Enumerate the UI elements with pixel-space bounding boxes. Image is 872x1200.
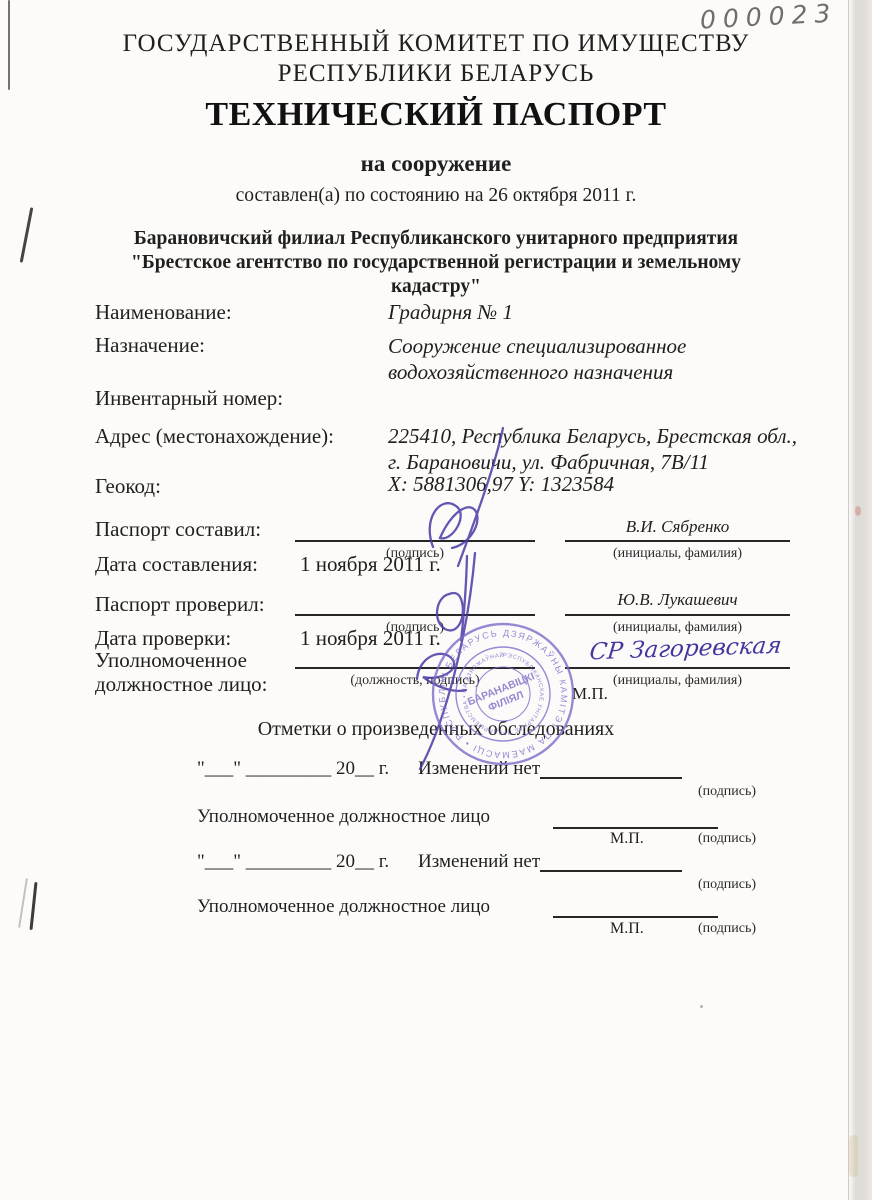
seal-placeholder-mp: М.П. xyxy=(610,830,644,848)
signature-caption: (подпись) xyxy=(672,877,782,893)
inspections-heading: Отметки о произведенных обследованиях xyxy=(0,718,872,741)
geocode-label: Геокод: xyxy=(95,474,161,499)
scan-smudge-pink xyxy=(855,506,861,516)
signature-caption: (подпись) xyxy=(672,921,782,937)
document-subtitle: на сооружение xyxy=(0,151,872,177)
scan-speck xyxy=(700,1005,703,1008)
signature-caption: (подпись) xyxy=(672,784,782,800)
signature-caption: (подпись) xyxy=(672,831,782,847)
inspection-official-line xyxy=(553,916,718,918)
scan-left-edge-line xyxy=(8,0,10,90)
compiled-by-signature-line xyxy=(295,540,535,542)
branch-name-line3: кадастру" xyxy=(0,276,872,298)
checked-by-name-line xyxy=(565,614,790,616)
staple-ghost-mark xyxy=(18,878,28,928)
checked-by-signature-line xyxy=(295,614,535,616)
compiled-by-label: Паспорт составил: xyxy=(95,517,261,542)
staple-mark-bottom xyxy=(29,882,37,930)
purpose-value-line2: водохозяйственного назначения xyxy=(388,360,673,385)
compiled-date-label: Дата составления: xyxy=(95,552,258,577)
address-label: Адрес (местонахождение): xyxy=(95,424,334,449)
inspection-official-label: Уполномоченное должностное лицо xyxy=(197,806,490,828)
compiled-date-value: 1 ноября 2011 г. xyxy=(300,552,441,577)
geocode-value: X: 5881306,97 Y: 1323584 xyxy=(388,472,614,497)
name-value: Градирня № 1 xyxy=(388,300,513,325)
no-changes-label: Изменений нет xyxy=(418,758,540,780)
scan-smudge-yellow xyxy=(849,1135,858,1177)
checked-by-label: Паспорт проверил: xyxy=(95,592,265,617)
stamp-center-line2: ФІЛІЯЛ xyxy=(487,689,526,714)
official-name-handwritten: СР Загоревская xyxy=(588,633,783,666)
compiled-by-name: В.И. Сябренко xyxy=(565,517,790,537)
initials-caption: (инициалы, фамилия) xyxy=(565,546,790,562)
scan-edge-shadow xyxy=(848,0,872,1200)
inspection-date-template: "___" _________ 20__ г. xyxy=(197,758,389,780)
checked-by-name: Ю.В. Лукашевич xyxy=(565,590,790,610)
address-value-line1: 225410, Республика Беларусь, Брестская о… xyxy=(388,424,797,449)
purpose-value-line1: Сооружение специализированное xyxy=(388,334,686,359)
committee-title-line1: ГОСУДАРСТВЕННЫЙ КОМИТЕТ ПО ИМУЩЕСТВУ xyxy=(0,30,872,58)
seal-placeholder-mp: М.П. xyxy=(610,920,644,938)
inspection-official-label: Уполномоченное должностное лицо xyxy=(197,896,490,918)
official-label-line2: должностное лицо: xyxy=(95,672,268,697)
name-label: Наименование: xyxy=(95,300,232,325)
compiled-as-of-line: составлен(а) по состоянию на 26 октября … xyxy=(0,185,872,207)
official-label-line1: Уполномоченное xyxy=(95,648,247,673)
branch-name-line1: Барановичский филиал Республиканского ун… xyxy=(0,228,872,250)
seal-placeholder-mp: М.П. xyxy=(572,684,608,704)
inventory-number-label: Инвентарный номер: xyxy=(95,386,283,411)
checked-date-value: 1 ноября 2011 г. xyxy=(300,626,441,651)
no-changes-line xyxy=(540,777,682,779)
official-name-line xyxy=(565,667,790,669)
no-changes-label: Изменений нет xyxy=(418,851,540,873)
committee-title-line2: РЕСПУБЛИКИ БЕЛАРУСЬ xyxy=(0,60,872,88)
no-changes-line xyxy=(540,870,682,872)
compiled-by-name-line xyxy=(565,540,790,542)
scanned-technical-passport-page: 000023 ГОСУДАРСТВЕННЫЙ КОМИТЕТ ПО ИМУЩЕС… xyxy=(0,0,872,1200)
inspection-official-line xyxy=(553,827,718,829)
branch-name-line2: "Брестское агентство по государственной … xyxy=(0,252,872,274)
purpose-label: Назначение: xyxy=(95,333,205,358)
stamp-outer-ring xyxy=(433,624,573,764)
inspection-date-template: "___" _________ 20__ г. xyxy=(197,851,389,873)
document-title: ТЕХНИЧЕСКИЙ ПАСПОРТ xyxy=(0,96,872,134)
official-caption: (должность, подпись) xyxy=(295,673,535,689)
official-signature-line xyxy=(295,667,535,669)
